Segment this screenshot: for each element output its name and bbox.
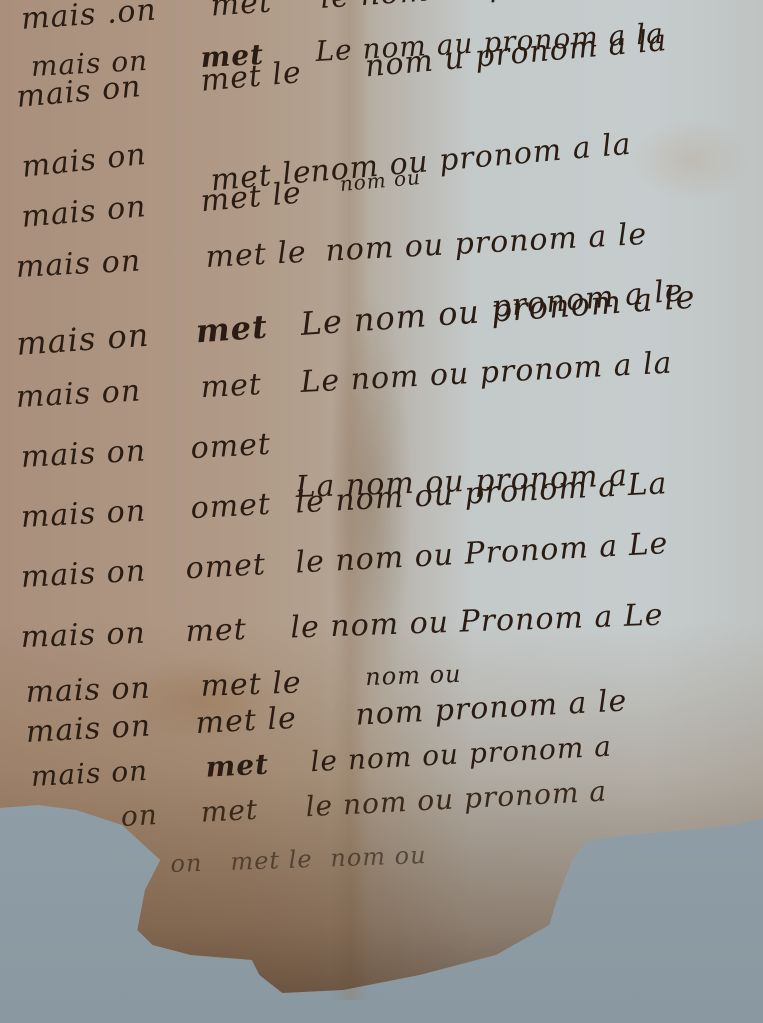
line-mid: met le [230, 845, 313, 876]
line-left: on [120, 798, 159, 833]
line-mid: met [205, 748, 270, 784]
line-left: mais on [15, 243, 142, 285]
line-right: nom ou [365, 660, 462, 691]
line-mid: met le [200, 665, 302, 704]
line-mid: met [200, 367, 263, 405]
line-left: mais on [30, 754, 149, 793]
line-left: mais on [15, 373, 142, 415]
line-mid: met [195, 307, 269, 350]
line-left: mais on [25, 671, 151, 710]
line-mid: omet [190, 427, 272, 466]
line-left: mais on [20, 433, 147, 475]
line-left: mais on [20, 493, 147, 535]
line-left: on [170, 849, 203, 878]
line-left: mais on [20, 616, 146, 655]
line-mid: met le [205, 235, 308, 275]
line-mid: met le [195, 701, 298, 741]
line-mid: omet [185, 547, 267, 586]
line-mid: omet [190, 487, 272, 526]
line-mid: met [200, 793, 259, 829]
line-left: mais on [20, 553, 147, 595]
line-right: nom ou [330, 841, 427, 872]
line-mid: met [185, 612, 247, 649]
line-left: mais on [25, 708, 152, 750]
